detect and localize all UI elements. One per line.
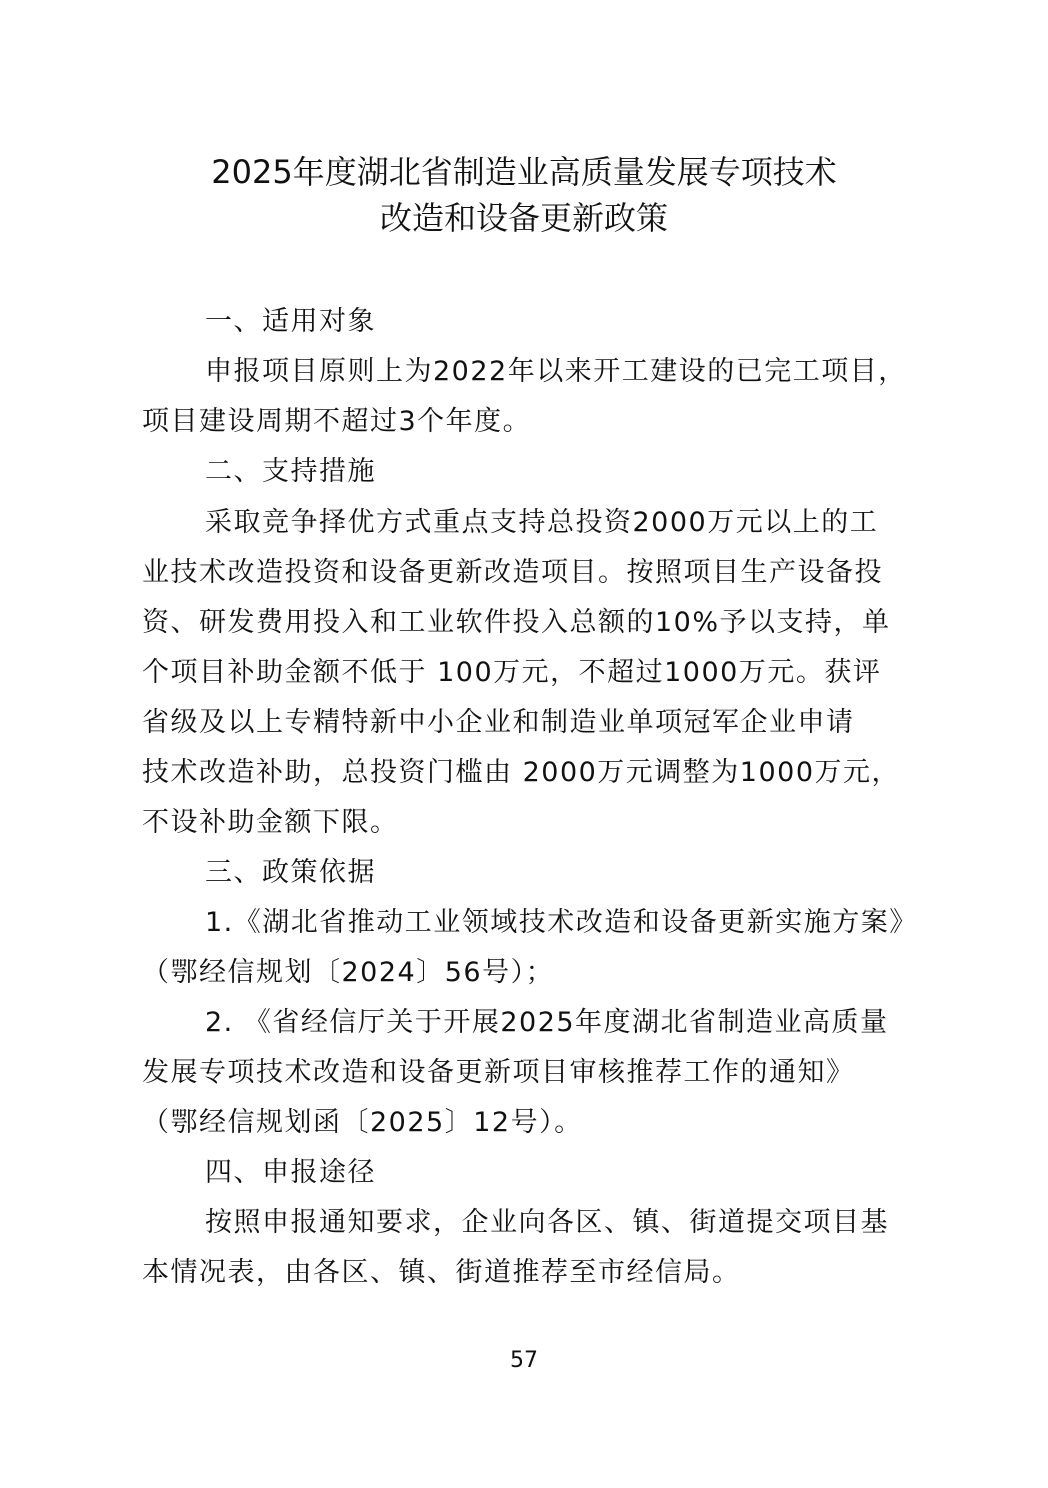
document-title-line-2: 改造和设备更新政策: [0, 196, 1048, 240]
document-title-line-1: 2025年度湖北省制造业高质量发展专项技术: [0, 150, 1048, 194]
page-number: 57: [0, 1348, 1048, 1373]
paragraph-line: 项目建设周期不超过3个年度。: [142, 402, 922, 442]
paragraph-line: 资、研发费用投入和工业软件投入总额的10%予以支持，单: [142, 603, 922, 643]
section-heading-applicable-objects: 一、适用对象: [205, 302, 985, 342]
policy-reference-line: （鄂经信规划函〔2025〕12号）。: [142, 1103, 922, 1143]
policy-reference-line: 2. 《省经信厅关于开展2025年度湖北省制造业高质量: [205, 1003, 985, 1043]
section-heading-support-measures: 二、支持措施: [205, 452, 985, 492]
paragraph-line: 省级及以上专精特新中小企业和制造业单项冠军企业申请: [142, 703, 922, 743]
section-heading-application-channel: 四、申报途径: [205, 1153, 985, 1193]
policy-reference-line: 发展专项技术改造和设备更新项目审核推荐工作的通知》: [142, 1053, 922, 1093]
paragraph-line: 不设补助金额下限。: [142, 803, 922, 843]
paragraph-line: 技术改造补助，总投资门槛由 2000万元调整为1000万元，: [142, 753, 922, 793]
section-heading-policy-basis: 三、政策依据: [205, 853, 985, 893]
paragraph-line: 申报项目原则上为2022年以来开工建设的已完工项目，: [205, 352, 985, 392]
paragraph-line: 个项目补助金额不低于 100万元，不超过1000万元。获评: [142, 653, 922, 693]
paragraph-line: 采取竞争择优方式重点支持总投资2000万元以上的工: [205, 503, 985, 543]
paragraph-line: 按照申报通知要求，企业向各区、镇、街道提交项目基: [205, 1203, 985, 1243]
policy-reference-line: （鄂经信规划〔2024〕56号）；: [142, 953, 922, 993]
paragraph-line: 本情况表，由各区、镇、街道推荐至市经信局。: [142, 1253, 922, 1293]
paragraph-line: 业技术改造投资和设备更新改造项目。按照项目生产设备投: [142, 553, 922, 593]
policy-reference-line: 1.《湖北省推动工业领域技术改造和设备更新实施方案》: [205, 903, 985, 943]
